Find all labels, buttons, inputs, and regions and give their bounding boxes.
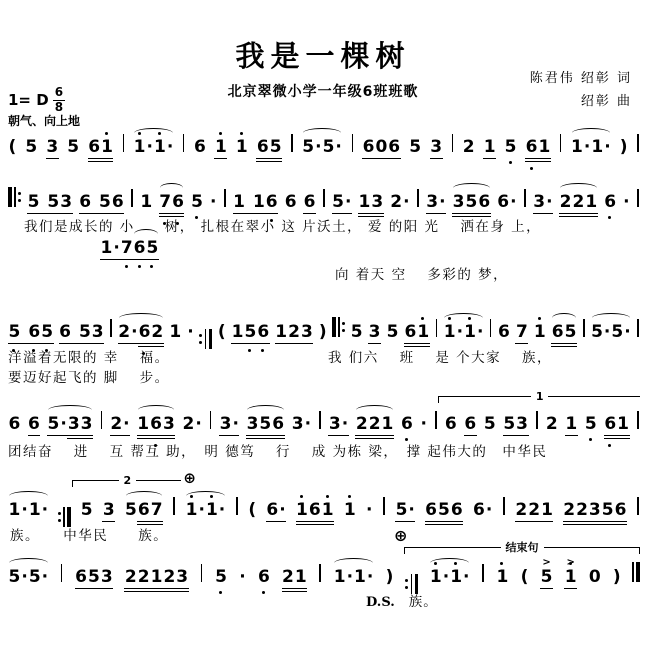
note-token: 3 (430, 137, 443, 159)
note-token: 5 (584, 414, 597, 434)
bar-line (61, 564, 63, 582)
lyrics-line-2: 我们是成长的 小 树， 扎根在翠小 这 片沃土， 爱 的阳 光 洒在身 上， (24, 215, 541, 235)
bar-line (637, 497, 639, 515)
slur-arc: 65 (133, 238, 159, 260)
repeat-dots (342, 322, 345, 332)
note-token: 6 53 (59, 322, 105, 344)
note-token: · (624, 322, 631, 342)
bar-line (503, 497, 505, 515)
octave-dot-above (326, 495, 329, 498)
volta-line (73, 480, 118, 481)
lyricist-credit: 陈君伟 绍彰 词 (530, 68, 632, 91)
note-token: 22123 (124, 567, 188, 589)
note-token: 2· (118, 322, 138, 344)
final-barline (632, 562, 640, 582)
note-token: 5 (591, 322, 604, 342)
repeat-bar (205, 329, 207, 349)
note-token: ( (520, 567, 529, 587)
note-token: 5 (28, 567, 41, 587)
note-token: · (209, 192, 216, 212)
bar-line (291, 134, 293, 152)
note-token: 5 (504, 137, 517, 157)
repeat-bar (632, 562, 634, 582)
note-token: · (623, 192, 630, 212)
note-token: 1 (343, 500, 356, 520)
note-token: 5· (395, 500, 415, 522)
note-token: · (420, 414, 427, 434)
note-token: 1 (214, 137, 227, 159)
bracket-line (544, 547, 639, 548)
note-token: · (166, 137, 173, 157)
slur-arc: 5·5· (302, 137, 343, 157)
note-token: 5 (322, 137, 335, 157)
note-token: 62 (138, 322, 164, 344)
note-token: 1 (133, 137, 146, 157)
slur-arc: 5·33 (47, 414, 93, 436)
bar-line (224, 189, 226, 207)
note-token: 65 (551, 322, 577, 344)
note-token: 6 (498, 322, 511, 342)
note-token: 5> (540, 567, 553, 589)
music-line-6: ⊕ 结束句 5·5·653221235·6211·1·)1·1·1(5>1>0) (8, 562, 640, 586)
note-token: · (366, 567, 373, 587)
bar-line (319, 411, 321, 429)
note-token: 5 (191, 192, 204, 212)
volta-line (548, 396, 640, 397)
volta-1-label: 1 (531, 391, 549, 402)
sheet-music-page: 我是一棵树 北京翠微小学一年级6班班歌 陈君伟 绍彰 词 绍彰 曲 1= D 6… (0, 0, 646, 663)
note-token: 22356 (563, 500, 627, 522)
bar-line (319, 564, 321, 582)
note-token: 21 (282, 567, 308, 589)
slur-arc: 2·62 (118, 322, 164, 344)
note-token: 5· (47, 414, 67, 436)
note-token: 61 (604, 414, 630, 436)
octave-dot-below (125, 265, 128, 268)
note-token: · (463, 567, 470, 587)
repeat-bar (8, 187, 12, 207)
note-token: 65 (133, 238, 159, 260)
note-token: 1 (450, 567, 463, 587)
music-line-5: 2 ⊕ 1·1·535671·1·(6·1611·5·6566·22122356 (8, 497, 640, 521)
ending-bracket: 结束句 (404, 547, 640, 554)
note-token: · (198, 500, 205, 520)
slur-arc: 1·1· (443, 322, 484, 342)
note-token: 5 (215, 567, 228, 587)
octave-dot-above (138, 132, 141, 135)
note-token: · (604, 137, 611, 157)
slur-arc: 221 (355, 414, 394, 436)
slur-arc: 1·1· (133, 137, 174, 157)
note-token: 3· (291, 414, 311, 434)
note-token: 5 (483, 414, 496, 434)
note-token: 1 (235, 137, 248, 157)
repeat-sign (199, 329, 212, 349)
octave-dot-below (138, 265, 141, 268)
octave-dot-above (105, 132, 108, 135)
repeat-bar (338, 317, 340, 337)
bar-line (201, 564, 203, 582)
note-token: 3· (328, 414, 348, 436)
bracket-tick (404, 547, 405, 554)
note-token: 656 (425, 500, 464, 522)
music-line-3: 5 656 532·621·(156123)535611·1·671655·5· (8, 317, 640, 341)
note-token: 1 (169, 322, 182, 342)
repeat-sign (8, 187, 21, 207)
note-token: 653 (75, 567, 114, 589)
music-line-1: (535611·1·611655·5·60653215611·1·) (8, 134, 640, 158)
volta-line (439, 396, 531, 397)
note-token: 53 (503, 414, 529, 436)
note-token: 0 (588, 567, 601, 587)
bar-line (323, 189, 325, 207)
note-token: · (603, 322, 610, 342)
note-token: · (476, 322, 483, 342)
note-token: 221 (559, 192, 598, 214)
note-token: · (335, 137, 342, 157)
octave-dot-above (500, 562, 503, 565)
note-token: · (456, 322, 463, 342)
note-token: 5 (8, 567, 21, 587)
note-token: 76 (159, 192, 185, 214)
note-token: 1 (571, 137, 584, 157)
octave-dot-above (468, 317, 471, 320)
note-token: 3· (533, 192, 553, 214)
octave-dot-above (300, 495, 303, 498)
octave-dot-below (608, 444, 611, 447)
note-token: 65 (256, 137, 282, 159)
lyrics-line-2b: 向 着天 空 多彩的 梦， (335, 263, 508, 283)
lyrics-line-3b: 我 们六 班 是 个大家 族， (328, 346, 552, 366)
repeat-sign (332, 317, 345, 337)
bracket-line (405, 547, 500, 548)
key-prefix: 1= D (8, 91, 49, 109)
note-token: 5 53 (27, 192, 73, 214)
note-token: 1 (205, 500, 218, 520)
volta-1-bracket: 1 (438, 396, 640, 403)
note-token: 67 (137, 500, 163, 522)
slur-arc: 1·1· (185, 500, 226, 520)
note-token: · (21, 500, 28, 520)
note-token: 1> (564, 567, 577, 589)
octave-dot-below (219, 591, 222, 594)
bar-line (560, 134, 562, 152)
slur-arc: 356 (246, 414, 285, 436)
bar-line (524, 189, 526, 207)
meter-numerator: 6 (53, 86, 65, 101)
note-token: 5 (611, 322, 624, 342)
note-token: 5 (409, 137, 422, 157)
ending-label: 结束句 (501, 542, 544, 553)
bracket-tick (639, 547, 640, 554)
octave-dot-below (262, 591, 265, 594)
note-token: ( (217, 322, 226, 342)
octave-dot-below (261, 349, 264, 352)
note-token: · (366, 500, 373, 520)
bar-line (236, 497, 238, 515)
bar-line (637, 319, 639, 337)
note-token: 61 (525, 137, 551, 159)
octave-dot-above (454, 562, 457, 565)
repeat-dots (405, 579, 408, 589)
note-token: ) (612, 567, 621, 587)
repeat-dots (58, 512, 61, 522)
octave-dot-below (248, 349, 251, 352)
slur-arc: 163 (137, 414, 176, 436)
octave-dot-above (219, 132, 222, 135)
note-token: 3 (368, 322, 381, 344)
note-token: 1 (464, 322, 477, 342)
note-token: 5 65 (8, 322, 54, 344)
tempo-marking: 朝气、向上地 (8, 112, 80, 129)
note-token: 3· (426, 192, 446, 214)
note-token: 6· (497, 192, 517, 212)
bar-line (352, 134, 354, 152)
note-token: 6· (266, 500, 286, 522)
slur-arc: 221 (559, 192, 598, 214)
note-token: 6 (604, 192, 617, 212)
note-token: 6 (257, 567, 270, 587)
bar-line (536, 411, 538, 429)
octave-dot-below (589, 438, 592, 441)
bar-line (417, 189, 419, 207)
volta-2-bracket: 2 ⊕ (72, 480, 196, 487)
note-token: 2 (545, 414, 558, 434)
note-token: 356 (246, 414, 285, 436)
ds-lyric: 族。 (409, 594, 438, 610)
slur-arc: 1·1· (8, 500, 49, 520)
octave-dot-above (240, 132, 243, 135)
note-token: 163 (137, 414, 176, 436)
note-token: 1 (443, 322, 456, 342)
note-token: 6 (284, 192, 297, 212)
note-token: ) (385, 567, 394, 587)
note-token: 61 (88, 137, 114, 159)
coda-icon: ⊕ (183, 471, 196, 486)
ossia-line: 1·765 (100, 238, 159, 262)
volta-tick (72, 480, 73, 487)
slur-arc: 5·5· (591, 322, 632, 342)
note-token: 1 (140, 192, 153, 212)
note-token: · (146, 137, 153, 157)
note-token: 1 (185, 500, 198, 520)
octave-dot-below (608, 216, 611, 219)
note-token: 6 (401, 414, 414, 434)
note-token: 221 (355, 414, 394, 436)
slur-arc: 1·1· (571, 137, 612, 157)
repeat-bar (636, 562, 640, 582)
note-token: 6 (464, 414, 477, 436)
note-token: · (21, 567, 28, 587)
note-token: 161 (296, 500, 335, 522)
note-token: 5 (67, 137, 80, 157)
note-token: 6 (194, 137, 207, 157)
slur-arc: 567 (125, 500, 164, 522)
note-token: · (239, 567, 246, 587)
octave-dot-above (210, 495, 213, 498)
note-token: 356 (452, 192, 491, 214)
note-token: 33 (67, 414, 93, 436)
coda-icon: ⊕ (394, 528, 407, 544)
slur-arc: 1·1· (333, 567, 374, 587)
note-token: 5· (332, 192, 352, 214)
note-token: 5 (302, 137, 315, 157)
bar-line (131, 189, 133, 207)
note-token: 13 (358, 192, 384, 214)
note-token: 2· (390, 192, 410, 212)
note-token: 221 (515, 500, 554, 522)
repeat-dots (199, 334, 202, 344)
bar-line (452, 134, 454, 152)
note-token: 6 (444, 414, 457, 434)
octave-dot-above (190, 495, 193, 498)
note-token: · (41, 500, 48, 520)
note-token: 1 (533, 322, 546, 342)
note-token: 2· (182, 414, 202, 434)
note-token: 1 (429, 567, 442, 587)
volta-line (136, 480, 181, 481)
note-token: 61 (404, 322, 430, 344)
note-token: ( (8, 137, 17, 157)
accent-mark: > (566, 553, 574, 573)
lyrics-line-5: 族。 中华民 族。 (10, 524, 168, 544)
lyrics-line-3a: 洋溢着无限的 幸 福。 (8, 346, 170, 366)
note-token: 5 (386, 322, 399, 342)
note-token: 6 (8, 414, 21, 434)
bar-line (210, 411, 212, 429)
bar-line (490, 319, 492, 337)
note-token: ) (318, 322, 327, 342)
note-token: 2 (462, 137, 475, 157)
note-token: 3 (46, 137, 59, 159)
note-token: · (41, 567, 48, 587)
octave-dot-below (530, 167, 533, 170)
bar-line (435, 411, 437, 429)
octave-dot-above (348, 495, 351, 498)
bar-line (436, 319, 438, 337)
time-signature: 6 8 (53, 86, 65, 115)
octave-dot-below (509, 161, 512, 164)
note-token: 3 (102, 500, 115, 522)
composer-credit: 绍彰 曲 (530, 91, 632, 114)
note-token: · (315, 137, 322, 157)
note-token: 156 (231, 322, 270, 344)
note-token: 1·7 (100, 238, 133, 260)
note-token: 2· (110, 414, 130, 436)
repeat-bar (209, 329, 213, 349)
note-token: 1 (496, 567, 509, 587)
accent-mark: > (542, 553, 550, 573)
note-token: 1 (8, 500, 21, 520)
note-token: · (187, 322, 194, 342)
repeat-bar (332, 317, 336, 337)
bar-line (101, 411, 103, 429)
music-line-2: 5 536 561765·1 16665·132·3·3566·3·2216· (8, 187, 640, 211)
note-token: 6 (28, 414, 41, 436)
slur-arc: 1·1· (429, 567, 470, 587)
note-token: 5 (25, 137, 38, 157)
bar-line (110, 319, 112, 337)
octave-dot-above (421, 317, 424, 320)
bar-line (637, 134, 639, 152)
note-token: 1 (28, 500, 41, 520)
note-token: 1 (591, 137, 604, 157)
bar-line (383, 497, 385, 515)
note-token: 3· (219, 414, 239, 436)
volta-tick (438, 396, 439, 403)
lyrics-line-4: 团结奋 进 互 帮互 助， 明 德笃 行 成 为栋 梁， 撑 起伟大的 中华民 (8, 440, 547, 460)
note-token: ( (248, 500, 257, 520)
lyrics-line-3c: 要迈好起飞的 脚 步。 (8, 366, 170, 386)
octave-dot-above (538, 317, 541, 320)
note-token: · (442, 567, 449, 587)
key-signature: 1= D 6 8 (8, 86, 65, 115)
slur-arc: 65 (551, 322, 577, 344)
bar-line (173, 497, 175, 515)
note-token: 123 (275, 322, 314, 344)
note-token: 1 (333, 567, 346, 587)
note-token: · (583, 137, 590, 157)
note-token: 7 (515, 322, 528, 344)
octave-dot-above (434, 562, 437, 565)
note-token: 6· (473, 500, 493, 520)
note-token: 1 16 (233, 192, 279, 214)
bar-line (637, 189, 639, 207)
ds-label: D.S. (366, 595, 395, 610)
note-token: ) (619, 137, 628, 157)
note-token: 1 (354, 567, 367, 587)
note-token: 5 (350, 322, 363, 342)
note-token: 1 (565, 414, 578, 436)
bar-line (637, 411, 639, 429)
octave-dot-below (150, 265, 153, 268)
bar-line (183, 134, 185, 152)
note-token: 6 (303, 192, 316, 214)
slur-arc: 76 (159, 192, 185, 214)
octave-dot-above (448, 317, 451, 320)
bar-line (482, 564, 484, 582)
note-token: 6 56 (79, 192, 125, 214)
note-token: 5 (80, 500, 93, 520)
repeat-bar (14, 187, 16, 207)
slur-arc: 5·5· (8, 567, 49, 587)
bar-line (123, 134, 125, 152)
volta-2-label: 2 (119, 475, 137, 486)
credits-block: 陈君伟 绍彰 词 绍彰 曲 (530, 68, 632, 114)
note-token: 1 (483, 137, 496, 159)
slur-arc: 356 (452, 192, 491, 214)
repeat-dots (18, 192, 21, 202)
dal-segno-marking: D.S.族。 (366, 590, 438, 610)
octave-dot-above (158, 132, 161, 135)
note-token: · (218, 500, 225, 520)
note-token: 5 (125, 500, 138, 520)
note-token: 606 (362, 137, 401, 159)
note-token: 1 (153, 137, 166, 157)
bar-line (583, 319, 585, 337)
note-token: · (346, 567, 353, 587)
music-line-4: 1 665·332·1632·3·3563·3·2216·6655321561 (8, 411, 640, 435)
